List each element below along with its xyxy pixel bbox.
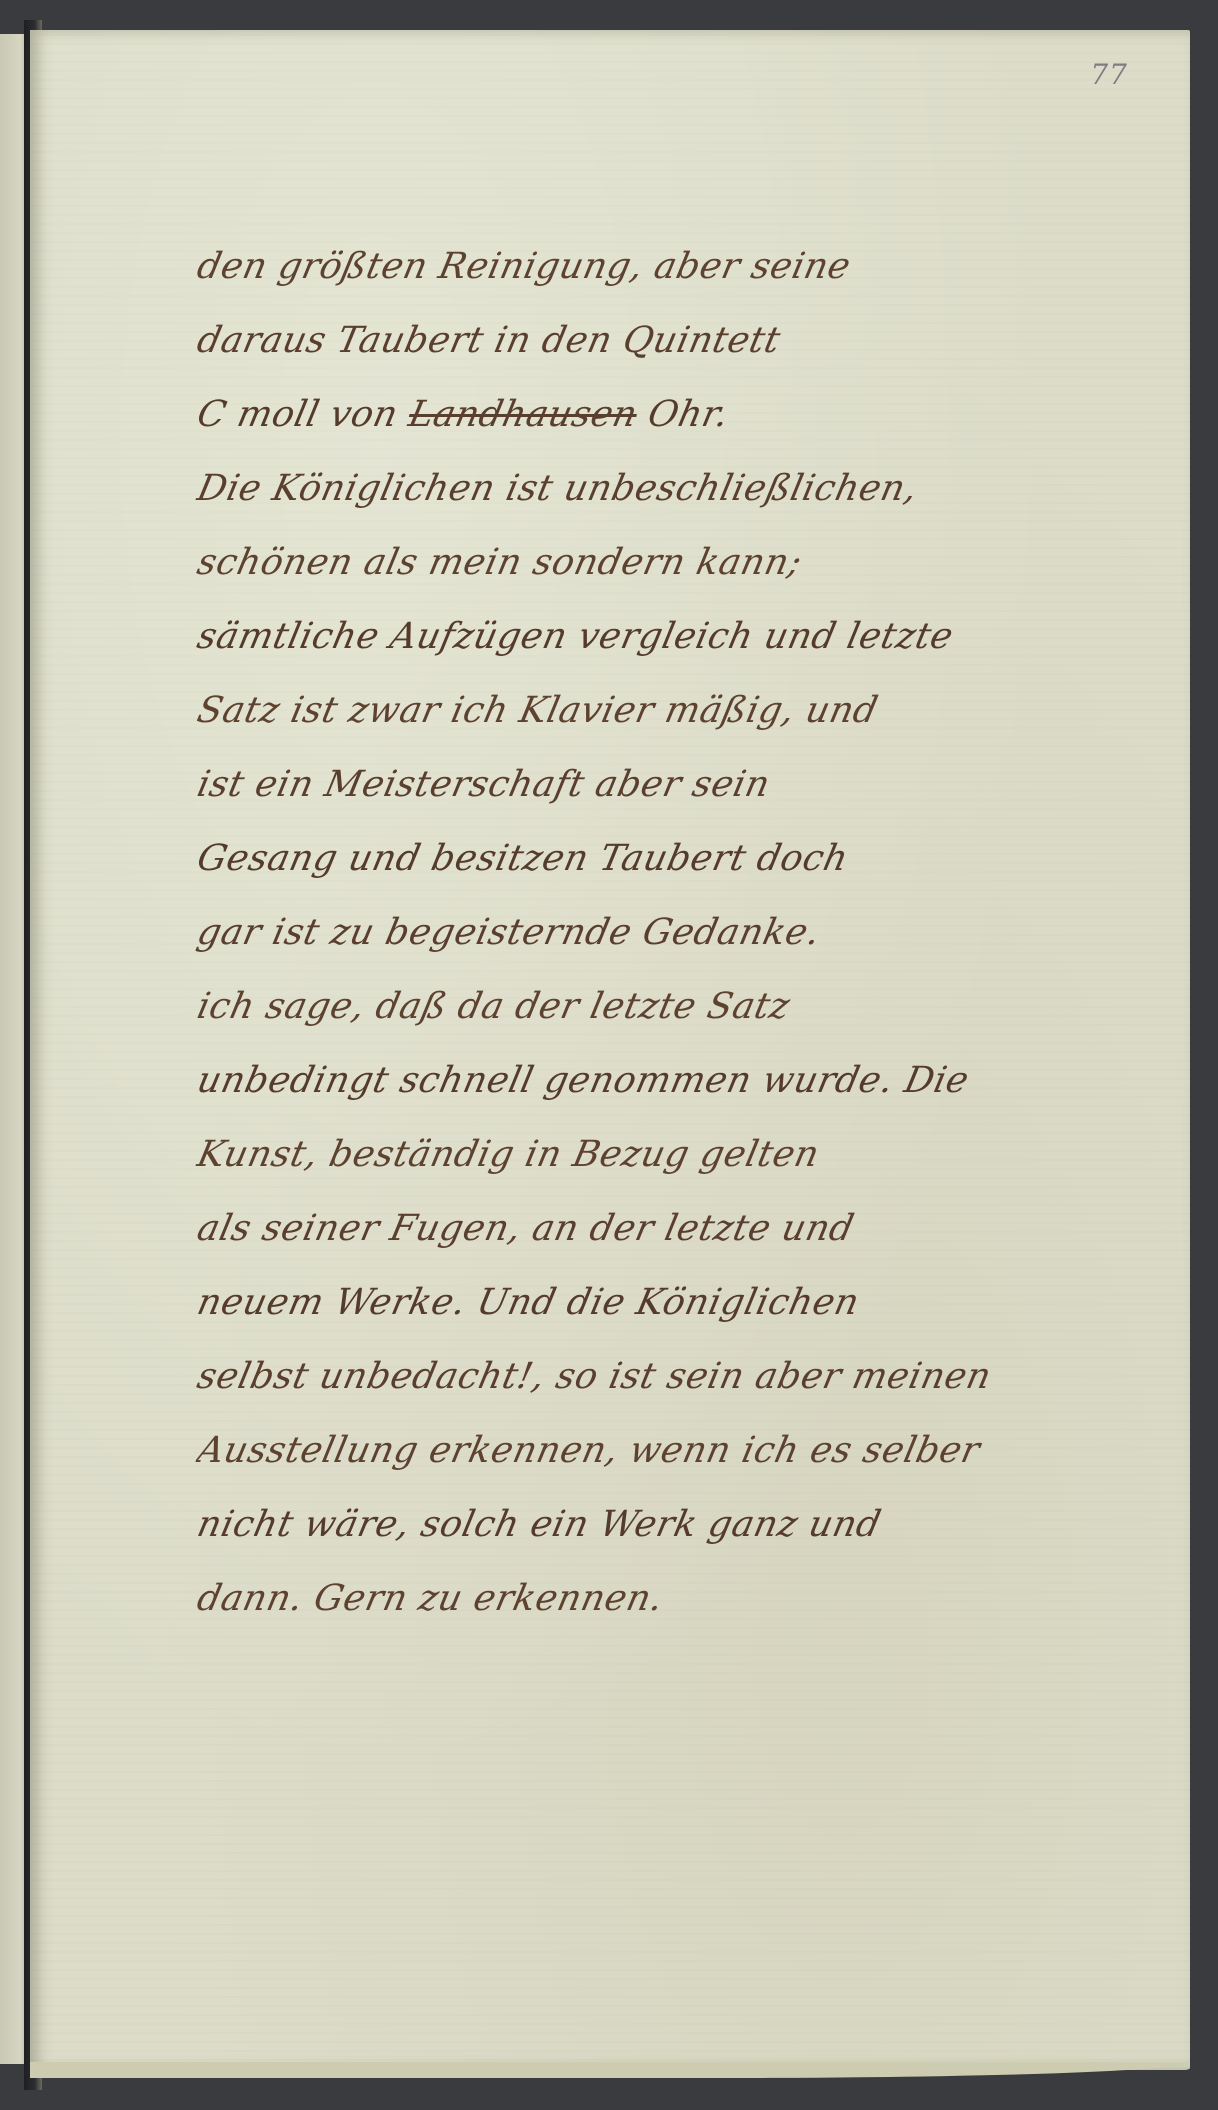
text-line-11: ich sage, daß da der letzte Satz — [190, 970, 1166, 1044]
line-text: C moll von — [194, 394, 402, 435]
page-number: 77 — [1090, 58, 1128, 91]
text-line-14: als seiner Fugen, an der letzte und — [190, 1192, 1166, 1266]
text-line-8: ist ein Meisterschaft aber sein — [190, 748, 1166, 822]
text-line-13: Kunst, beständig in Bezug gelten — [190, 1118, 1166, 1192]
text-line-17: Ausstellung erkennen, wenn ich es selber — [190, 1414, 1166, 1488]
line-text: Ausstellung erkennen, wenn ich es selber — [194, 1430, 984, 1471]
line-text: neuem Werke. Und die Königlichen — [194, 1282, 863, 1323]
facing-page-edge — [0, 34, 26, 2064]
text-line-9: Gesang und besitzen Taubert doch — [190, 822, 1166, 896]
text-line-1: den größten Reinigung, aber seine — [190, 230, 1166, 304]
line-text: als seiner Fugen, an der letzte und — [194, 1208, 858, 1249]
struck-through-word: Landhausen — [405, 394, 641, 435]
line-text: dann. Gern zu erkennen. — [194, 1578, 667, 1619]
line-text: schönen als mein sondern kann; — [194, 542, 806, 583]
line-text: Ohr. — [644, 394, 732, 435]
line-text: sämtliche Aufzügen vergleich und letzte — [194, 616, 957, 657]
line-text: selbst unbedacht!, so ist sein aber mein… — [194, 1356, 995, 1397]
text-line-4: Die Königlichen ist unbeschließlichen, — [190, 452, 1166, 526]
line-text: den größten Reinigung, aber seine — [194, 246, 855, 287]
text-line-15: neuem Werke. Und die Königlichen — [190, 1266, 1166, 1340]
text-line-19: dann. Gern zu erkennen. — [190, 1562, 1166, 1636]
text-line-7: Satz ist zwar ich Klavier mäßig, und — [190, 674, 1166, 748]
line-text: nicht wäre, solch ein Werk ganz und — [194, 1504, 885, 1545]
line-text: ist ein Meisterschaft aber sein — [194, 764, 774, 805]
text-line-6: sämtliche Aufzügen vergleich und letzte — [190, 600, 1166, 674]
line-text: Die Königlichen ist unbeschließlichen, — [194, 468, 922, 509]
text-line-12: unbedingt schnell genommen wurde. Die — [190, 1044, 1166, 1118]
line-text: Kunst, beständig in Bezug gelten — [194, 1134, 823, 1175]
handwritten-text-block: den größten Reinigung, aber seine daraus… — [190, 230, 1150, 1636]
line-text: Satz ist zwar ich Klavier mäßig, und — [194, 690, 882, 731]
line-text: Gesang und besitzen Taubert doch — [194, 838, 852, 879]
line-text: daraus Taubert in den Quintett — [194, 320, 785, 361]
text-line-18: nicht wäre, solch ein Werk ganz und — [190, 1488, 1166, 1562]
text-line-16: selbst unbedacht!, so ist sein aber mein… — [190, 1340, 1166, 1414]
line-text: ich sage, daß da der letzte Satz — [194, 986, 794, 1027]
text-line-10: gar ist zu begeisternde Gedanke. — [190, 896, 1166, 970]
page-bottom-edge — [30, 2062, 1190, 2078]
text-line-3: C moll von Landhausen Ohr. — [190, 378, 1166, 452]
text-line-2: daraus Taubert in den Quintett — [190, 304, 1166, 378]
line-text: gar ist zu begeisternde Gedanke. — [194, 912, 824, 953]
manuscript-page: 77 den größten Reinigung, aber seine dar… — [30, 30, 1190, 2070]
line-text: unbedingt schnell genommen wurde. Die — [194, 1060, 973, 1101]
text-line-5: schönen als mein sondern kann; — [190, 526, 1166, 600]
